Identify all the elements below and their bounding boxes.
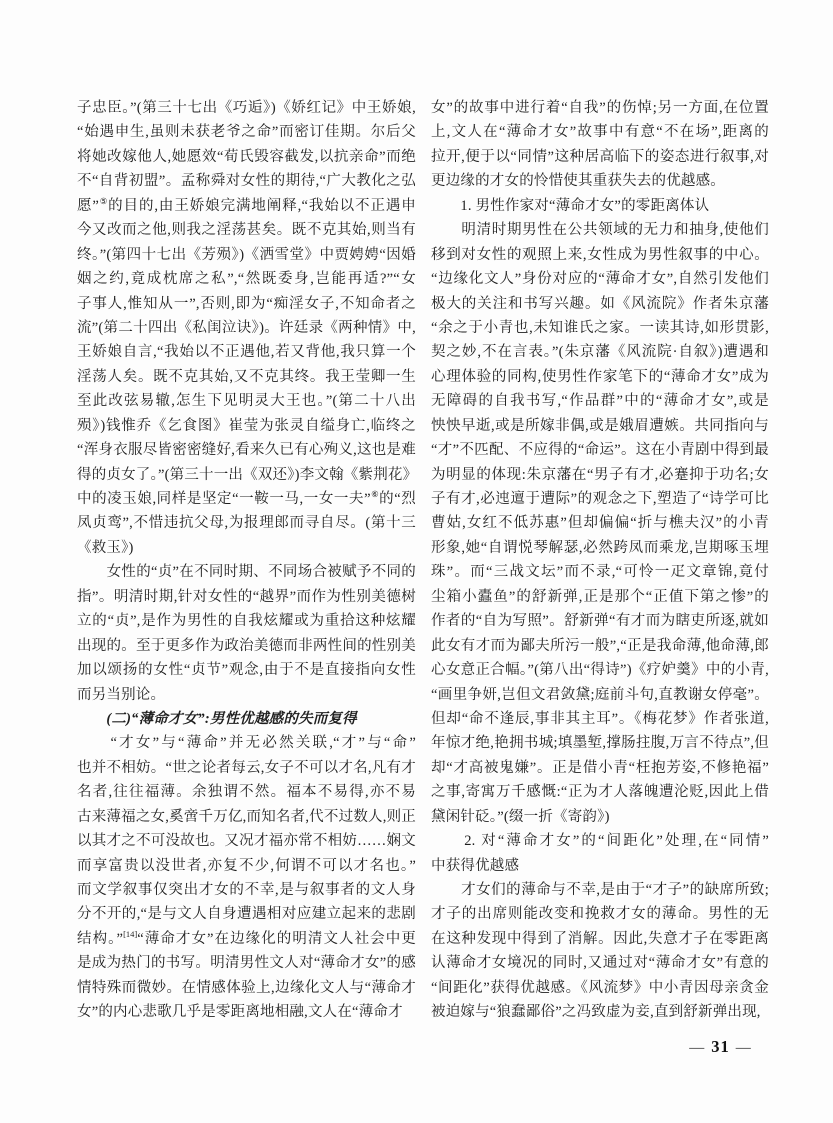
text-line: 在这种发现中得到了消解。因此,失意才子在零距离体 [431, 927, 769, 951]
text-line: “余之于小青也,未知谁氏之家。一读其诗,如形贯影,相 [431, 316, 769, 340]
paper-page: 子忠臣。”(第三十七出《巧逅》)《娇红记》中王娇娘,“始遇申生,虽则未获老爷之命… [0, 0, 833, 1123]
text-line: 而享富贵以没世者,亦复不少,何谓不可以才名也。”[24]302 [77, 854, 416, 878]
text-line: 但却“命不逢辰,事非其主耳”。《梅花梦》作者张道,“少 [431, 707, 769, 731]
page-number-dash-left: — [689, 1040, 705, 1056]
text-line: 形象,她“自谓悦琴解瑟,必然跨凤而乘龙,岂期啄玉埋 [431, 536, 769, 560]
paragraph: 子忠臣。”(第三十七出《巧逅》)《娇红记》中王娇娘,“始遇申生,虽则未获老爷之命… [77, 96, 416, 560]
text-line: 珠”。而“三战文坛”而不录,“可怜一疋文章锦,竟付 [431, 560, 769, 584]
text-line: 上,文人在“薄命才女”故事中有意“不在场”,距离的 [431, 120, 769, 144]
text-line: 中获得优越感 [431, 854, 769, 878]
text-line: 心女意正合幅。”(第八出“得诗”)《疗妒羹》中的小青, [431, 658, 769, 682]
subsection-heading: 2. 对“薄命才女”的“间距化”处理,在“同情”中获得优越感 [431, 829, 769, 878]
paragraph: 明清时期男性在公共领域的无力和抽身,使他们转移到对女性的观照上来,女性成为男性叙… [431, 218, 769, 829]
text-line: 才女们的薄命与不幸,是由于“才子”的缺席所致; [431, 878, 769, 902]
text-line: 立的“贞”,是作为男性的自我炫耀或为重拾这种炫耀而 [77, 609, 416, 633]
text-line: 愿”⑤的目的,由王娇娘完满地阐释,“我始以不正遇申生, [77, 194, 416, 218]
paragraph: 才女们的薄命与不幸,是由于“才子”的缺席所致;才子的出席则能改变和挽救才女的薄命… [431, 878, 769, 1025]
section-heading: (二)“薄命才女”:男性优越感的失而复得 [77, 707, 416, 731]
paragraph: “才女”与“薄命”并无必然关联,“才”与“命”也并不相妨。“世之论者每云,女子不… [77, 731, 416, 1024]
text-line: “才”不匹配、不应得的“命运”。这在小青剧中得到最 [431, 438, 769, 462]
text-line: “才女”与“薄命”并无必然关联,“才”与“命” [77, 731, 416, 755]
text-line: “边缘化文人”身份对应的“薄命才女”,自然引发他们 [431, 267, 769, 291]
text-line: 契之妙,不在言表。”(朱京藩《风流院·自叙》)遭遇和 [431, 340, 769, 364]
text-line: 移到对女性的观照上来,女性成为男性叙事的中心。与 [431, 243, 769, 267]
text-line: 指”。明清时期,针对女性的“越界”而作为性别美德树 [77, 585, 416, 609]
text-line: 作者的“自为写照”。舒新弹“有才而为瞎吏所逐,就如 [431, 609, 769, 633]
text-line: 而另当别论。 [77, 683, 416, 707]
text-line: 淫荡人矣。既不克其始,又不克其终。我王莹卿一生情重, [77, 365, 416, 389]
text-line: 以其才之不可没故也。又况才福亦常不相妨……娴文事, [77, 829, 416, 853]
text-line: (二)“薄命才女”:男性优越感的失而复得 [77, 707, 416, 731]
text-line: 却“才高被鬼嫌”。正是借小青“枉抱芳姿,不修艳福” [431, 756, 769, 780]
text-line: 子忠臣。”(第三十七出《巧逅》)《娇红记》中王娇娘, [77, 96, 416, 120]
text-line: 至此改弦易辙,怎生下见明灵大王也。”(第二十八出《花 [77, 389, 416, 413]
text-line: 女性的“贞”在不同时期、不同场合被赋予不同的“所 [77, 560, 416, 584]
text-line: 女”的内心悲歌几乎是零距离地相融,文人在“薄命才 [77, 1000, 416, 1024]
text-line: 才子的出席则能改变和挽救才女的薄命。男性的无能感, [431, 902, 769, 926]
text-line: 古来薄福之女,奚啻千万亿,而知名者,代不过数人,则正 [77, 805, 416, 829]
paragraph: 女”的故事中进行着“自我”的伤悼;另一方面,在位置上,文人在“薄命才女”故事中有… [431, 96, 769, 194]
text-line: “浑身衣服尽皆密密缝好,看来久已有心殉义,这也是难 [77, 438, 416, 462]
page-number: —31— [648, 1036, 793, 1059]
text-line: 得的贞女了。”(第三十一出《双还》)李文翰《紫荆花》 [77, 463, 416, 487]
text-line: 而文学叙事仅突出才女的不幸,是与叙事者的文人身份 [77, 878, 416, 902]
text-line: 女”的故事中进行着“自我”的伤悼;另一方面,在位置 [431, 96, 769, 120]
text-line: 认薄命才女境况的同时,又通过对“薄命才女”有意的 [431, 951, 769, 975]
text-line: 为明显的体现:朱京藩在“男子有才,必蹇抑于功名;女 [431, 463, 769, 487]
paragraph: 女性的“贞”在不同时期、不同场合被赋予不同的“所指”。明清时期,针对女性的“越界… [77, 560, 416, 707]
text-line: 中的凌玉娘,同样是坚定“一鞍一马,一女一夫”⑥的“烈 [77, 487, 416, 511]
text-line: 不“自背初盟”。孟称舜对女性的期待,“广大教化之弘 [77, 169, 416, 193]
text-line: 明清时期男性在公共领域的无力和抽身,使他们转 [431, 218, 769, 242]
text-line: 名者,往往福薄。余独谓不然。福本不易得,亦不易全。 [77, 780, 416, 804]
text-line: 被迫嫁与“狼蠢鄙俗”之冯致虚为妾,直到舒新弹出现, [431, 1000, 769, 1024]
text-line: 曹姑,女红不低苏惠”但却偏偏“折与樵夫汉”的小青 [431, 511, 769, 535]
right-column: 女”的故事中进行着“自我”的伤悼;另一方面,在位置上,文人在“薄命才女”故事中有… [431, 96, 769, 1025]
text-line: 也并不相妨。“世之论者每云,女子不可以才名,凡有才 [77, 756, 416, 780]
text-line: “始遇申生,虽则未获老爷之命”而密订佳期。尔后父亲 [77, 120, 416, 144]
text-line: 分不开的,“是与文人自身遭遇相对应建立起来的悲剧 [77, 902, 416, 926]
text-line: 黛闲针砭。”(缀一折《寄韵》) [431, 805, 769, 829]
text-line: 今又改而之他,则我之淫荡甚矣。既不克其始,则当有其 [77, 218, 416, 242]
text-line: 《救玉》) [77, 536, 416, 560]
text-line: 怏怏早逝,或是所嫁非偶,或是娥眉遭嫉。共同指向与其 [431, 414, 769, 438]
text-line: 1. 男性作家对“薄命才女”的零距离体认 [431, 194, 769, 218]
text-line: 2. 对“薄命才女”的“间距化”处理,在“同情” [431, 829, 769, 853]
text-line: 子事人,惟知从一”,否则,即为“痴淫女子,不知命者之 [77, 292, 416, 316]
text-line: 心理体验的同构,使男性作家笔下的“薄命才女”成为 [431, 365, 769, 389]
text-line: “画里争妍,岂但文君敛黛;庭前斗句,直教谢女停毫”。 [431, 683, 769, 707]
text-line: 王娇娘自言,“我始以不正遇他,若又背他,我只算一个 [77, 340, 416, 364]
text-line: 流”(第二十四出《私闺泣诀》)。许廷录《两种情》中, [77, 316, 416, 340]
text-line: 尘箱小蠹鱼”的舒新弹,正是那个“正值下第之惨”的 [431, 585, 769, 609]
text-line: 拉开,便于以“同情”这种居高临下的姿态进行叙事,对 [431, 145, 769, 169]
text-line: 加以颂扬的女性“贞节”观念,由于不是直接指向女性 [77, 658, 416, 682]
subsection-heading: 1. 男性作家对“薄命才女”的零距离体认 [431, 194, 769, 218]
text-line: 更边缘的才女的怜惜使其重获失去的优越感。 [431, 169, 769, 193]
page-number-dash-right: — [736, 1040, 752, 1056]
text-line: 凤贞鸾”,不惜违抗父母,为报理郎而寻自尽。(第十三出 [77, 511, 416, 535]
text-line: 年惊才绝,艳拥书城;填墨堑,撑肠拄腹,万言不待点”,但 [431, 731, 769, 755]
text-line: 之事,寄寓万千感慨:“正为才人落魄遭沦贬,因此上借粉 [431, 780, 769, 804]
text-line: 终。”(第四十七出《芳殒》)《洒雪堂》中贾娉娉“因婚 [77, 243, 416, 267]
text-line: 此女有才而为鄙夫所污一般”,“正是我命薄,他命薄,郎 [431, 634, 769, 658]
text-line: 极大的关注和书写兴趣。如《风流院》作者朱京藩曾言: [431, 292, 769, 316]
text-line: 无障碍的自我书写,“作品群”中的“薄命才女”,或是 [431, 389, 769, 413]
text-line: 情特殊而微妙。在情感体验上,边缘化文人与“薄命才 [77, 976, 416, 1000]
text-line: 是成为热门的书写。明清男性文人对“薄命才女”的感 [77, 951, 416, 975]
text-line: 子有才,必迍邅于遭际”的观念之下,塑造了“诗学可比 [431, 487, 769, 511]
left-column: 子忠臣。”(第三十七出《巧逅》)《娇红记》中王娇娘,“始遇申生,虽则未获老爷之命… [77, 96, 416, 1025]
text-line: 结构。”[14]“薄命才女”在边缘化的明清文人社会中更 [77, 927, 416, 951]
text-line: 姻之约,竟成枕席之私”,“然既委身,岂能再适?”“女 [77, 267, 416, 291]
text-line: 殒》)钱惟乔《乞食图》崔莹为张灵自缢身亡,临终之时, [77, 414, 416, 438]
text-line: “间距化”获得优越感。《风流梦》中小青因母亲贪金帛, [431, 976, 769, 1000]
text-line: 将她改嫁他人,她愿效“荀氏毁容截发,以抗亲命”而绝 [77, 145, 416, 169]
text-line: 出现的。至于更多作为政治美德而非两性间的性别美德 [77, 634, 416, 658]
page-number-value: 31 [705, 1037, 736, 1056]
